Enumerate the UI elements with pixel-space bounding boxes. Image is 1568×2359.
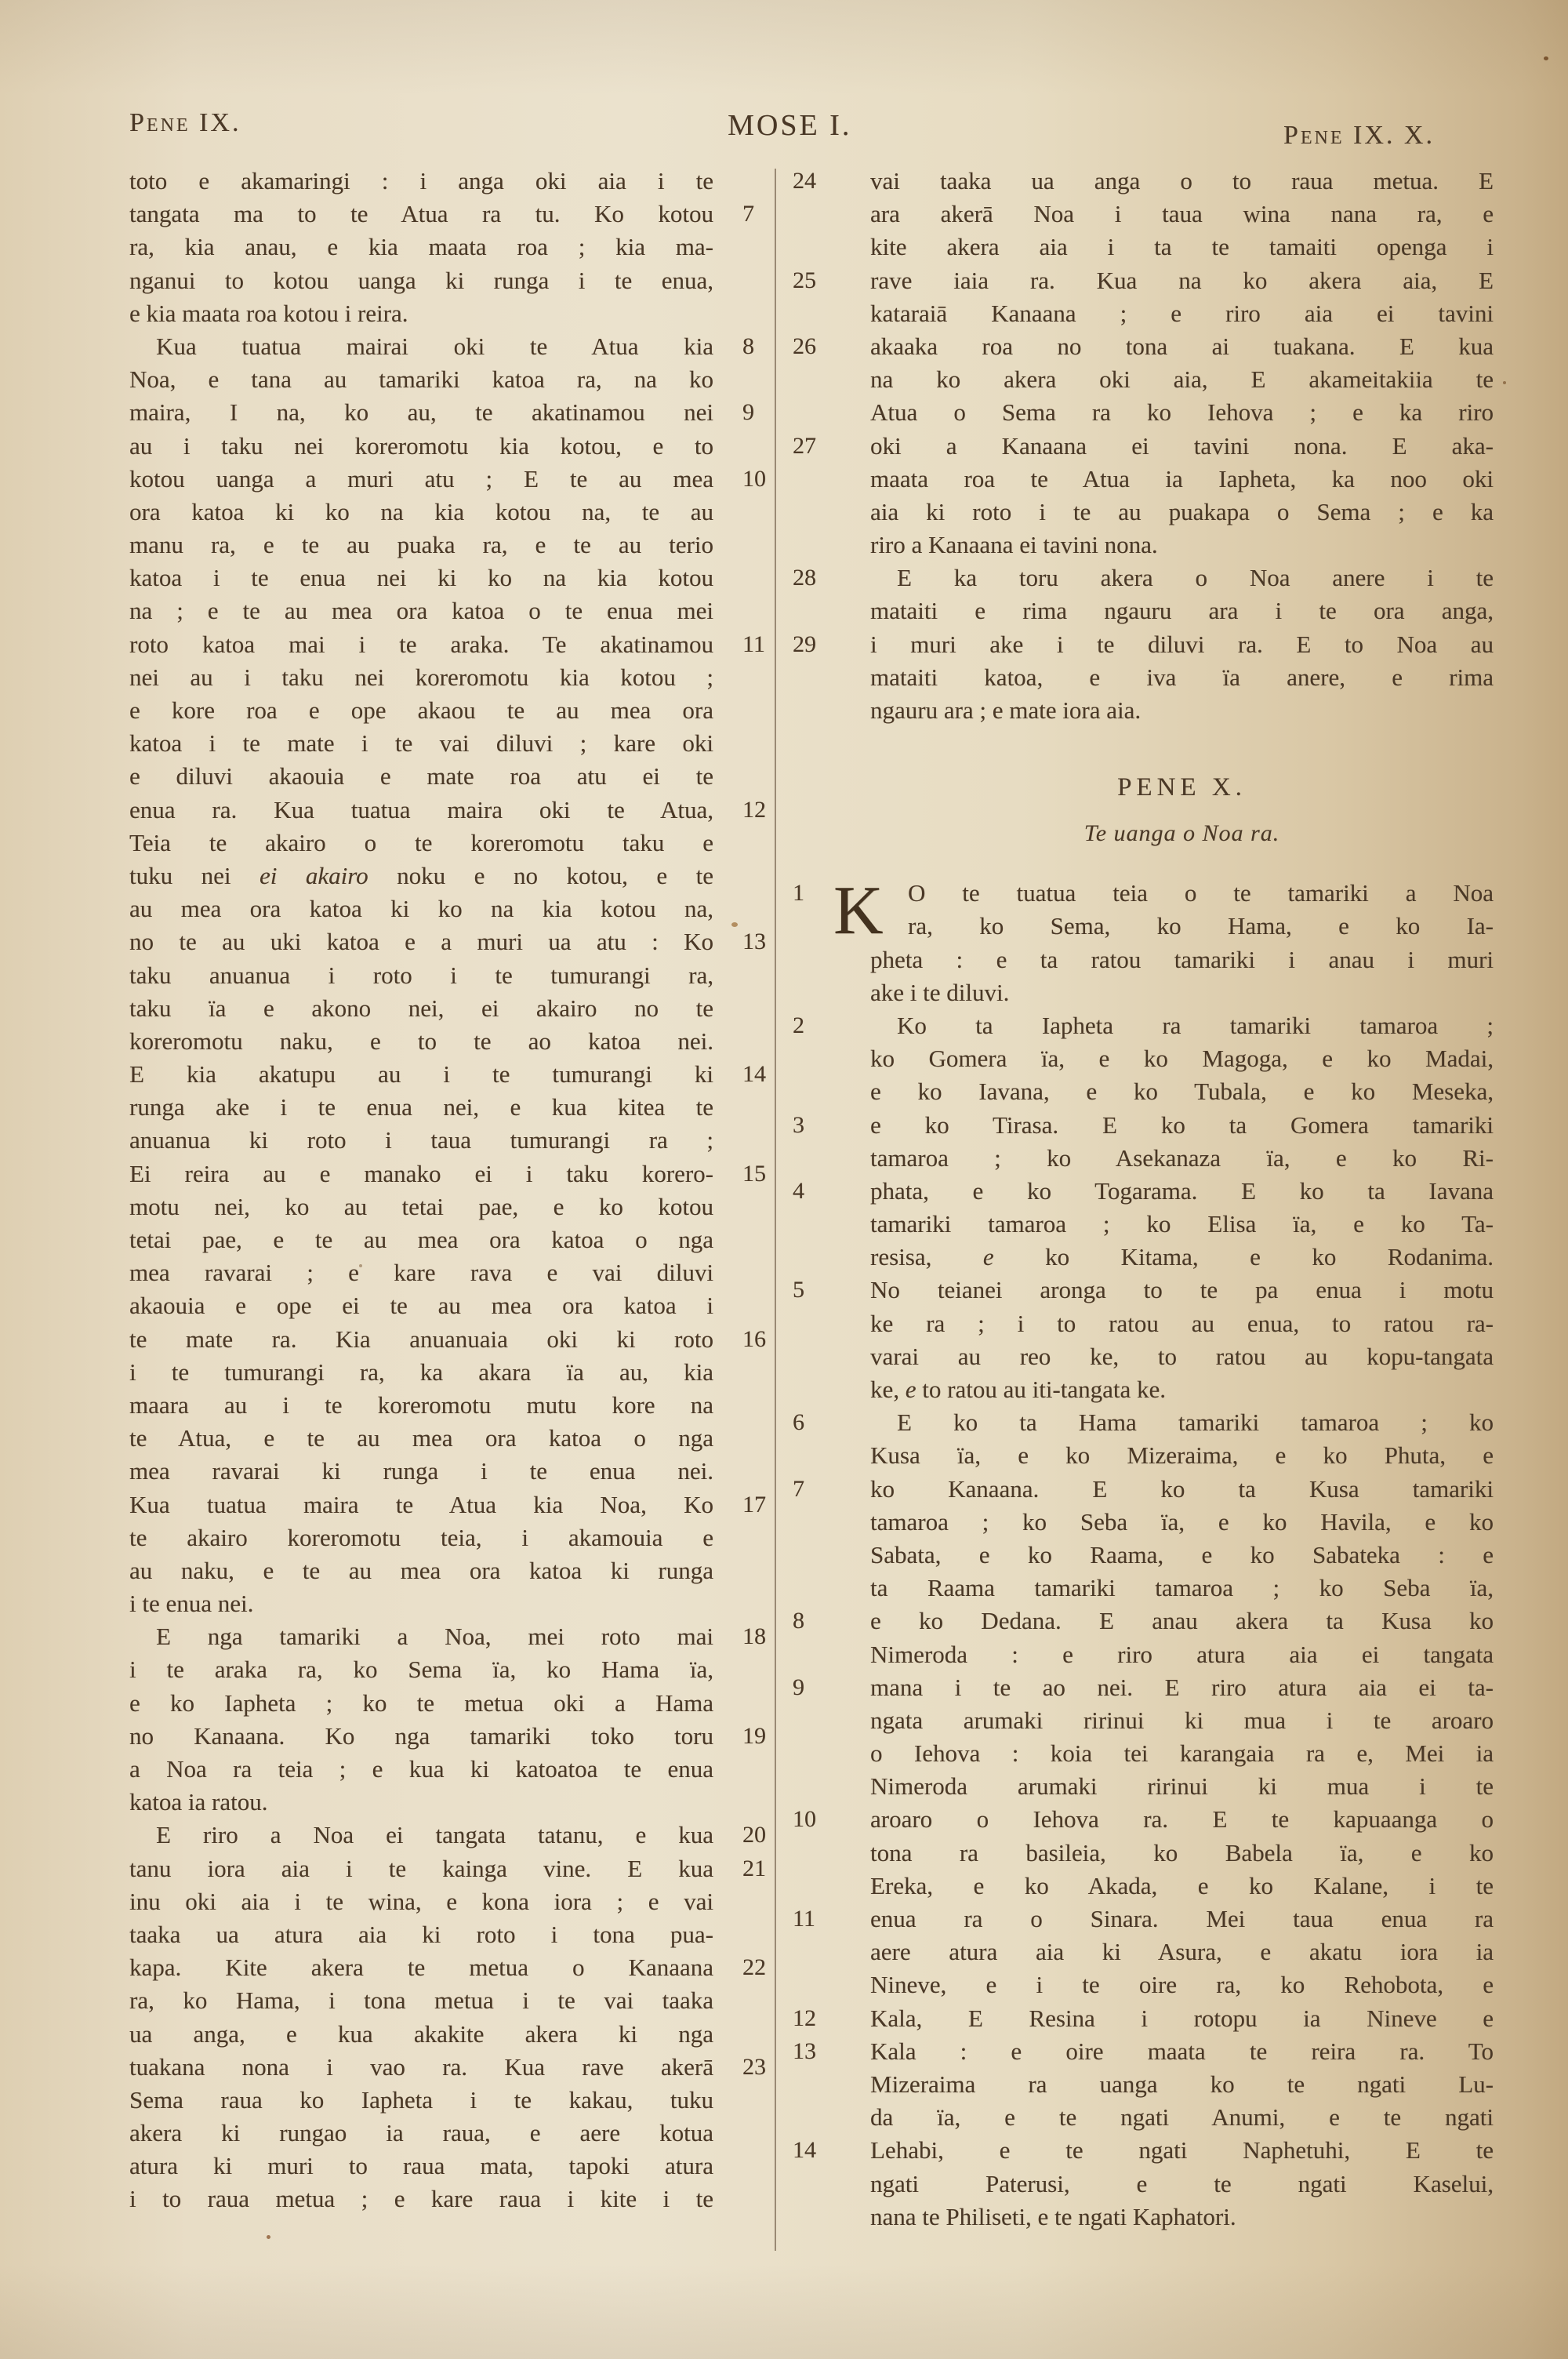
verse-text: katoa i te enua nei ki ko na kia kotou bbox=[129, 562, 713, 594]
verse-number: 29 bbox=[793, 628, 816, 661]
text-line: i te enua nei. bbox=[129, 1587, 804, 1620]
verse-text: manu ra, e te au puaka ra, e te au terio bbox=[129, 529, 713, 562]
text-line: mea ravarai ; e kare rava e vai diluvi bbox=[129, 1256, 804, 1289]
verse-text: Nimeroda : e riro atura aia ei tangata bbox=[870, 1638, 1494, 1671]
text-line: ngati Paterusi, e te ngati Kaselui, bbox=[788, 2168, 1494, 2201]
text-line: 18E nga tamariki a Noa, mei roto mai bbox=[129, 1620, 804, 1653]
left-text-column: toto e akamaringi : i anga oki aia i te7… bbox=[129, 165, 804, 2216]
verse-text: te Atua, e te au mea ora katoa o nga bbox=[129, 1422, 713, 1455]
verse-text: ra, ko Hama, i tona metua i te vai taaka bbox=[129, 1984, 713, 2017]
text-line: te Atua, e te au mea ora katoa o nga bbox=[129, 1422, 804, 1455]
pene-x-body: K 1O te tuatua teia o te tamariki a Noar… bbox=[788, 877, 1494, 2234]
verse-text: inu oki aia i te wina, e kona iora ; e v… bbox=[129, 1885, 713, 1918]
text-line: runga ake i te enua nei, e kua kitea te bbox=[129, 1091, 804, 1124]
text-line: 13no te au uki katoa e a muri ua atu : K… bbox=[129, 925, 804, 958]
text-line: ngata arumaki ririnui ki mua i te aroaro bbox=[788, 1704, 1494, 1737]
verse-text: Sabata, e ko Raama, e ko Sabateka : e bbox=[870, 1539, 1494, 1572]
verse-text: ngati Paterusi, e te ngati Kaselui, bbox=[870, 2168, 1494, 2201]
verse-text: maata roa te Atua ia Iapheta, ka noo oki bbox=[870, 463, 1494, 496]
verse-text: e ko Dedana. E anau akera ta Kusa ko bbox=[870, 1605, 1494, 1637]
verse-text: tamariki tamaroa ; ko Elisa ïa, e ko Ta- bbox=[870, 1208, 1494, 1241]
text-line: 9maira, I na, ko au, te akatinamou nei bbox=[129, 396, 804, 429]
text-line: 12enua ra. Kua tuatua maira oki te Atua, bbox=[129, 794, 804, 827]
text-line: akaouia e ope ei te au mea ora katoa i bbox=[129, 1289, 804, 1322]
verse-text: maara au i te koreromotu mutu kore na bbox=[129, 1389, 713, 1422]
text-line: au mea ora katoa ki ko na kia kotou na, bbox=[129, 892, 804, 925]
verse-text: kapa. Kite akera te metua o Kanaana bbox=[129, 1951, 713, 1984]
text-line: nana te Philiseti, e te ngati Kaphatori. bbox=[788, 2201, 1494, 2234]
text-line: Nineve, e i te oire ra, ko Rehobota, e bbox=[788, 1968, 1494, 2001]
verse-text: Kusa ïa, e ko Mizeraima, e ko Phuta, e bbox=[870, 1439, 1494, 1472]
verse-text: e ko Iapheta ; ko te metua oki a Hama bbox=[129, 1687, 713, 1720]
verse-text: katoa i te mate i te vai diluvi ; kare o… bbox=[129, 727, 713, 760]
verse-text: au mea ora katoa ki ko na kia kotou na, bbox=[129, 892, 713, 925]
verse-text: tangata ma to te Atua ra tu. Ko kotou bbox=[129, 198, 713, 231]
verse-number: 22 bbox=[742, 1951, 766, 1984]
verse-text: toto e akamaringi : i anga oki aia i te bbox=[129, 165, 713, 198]
paper-speck bbox=[1503, 381, 1506, 384]
chapter-heading: PENE X. bbox=[870, 770, 1494, 805]
verse-text: au i taku nei koreromotu kia kotou, e to bbox=[129, 430, 713, 463]
verse-text: ra, ko Sema, ko Hama, e ko Ia- bbox=[870, 910, 1494, 943]
verse-number: 7 bbox=[793, 1473, 804, 1506]
verse-text: ko Gomera ïa, e ko Magoga, e ko Madai, bbox=[870, 1042, 1494, 1075]
text-line: tamaroa ; ko Seba ïa, e ko Havila, e ko bbox=[788, 1506, 1494, 1539]
verse-text: mana i te ao nei. E riro atura aia ei ta… bbox=[870, 1671, 1494, 1704]
verse-number: 25 bbox=[793, 264, 816, 297]
text-line: tamaroa ; ko Asekanaza ïa, e ko Ri- bbox=[788, 1142, 1494, 1175]
verse-text: o Iehova : koia tei karangaia ra e, Mei … bbox=[870, 1737, 1494, 1770]
verse-text: Kala : e oire maata te reira ra. To bbox=[870, 2035, 1494, 2068]
verse-text: ko Kanaana. E ko ta Kusa tamariki bbox=[870, 1473, 1494, 1506]
right-text-column: 24vai taaka ua anga o to raua metua. Ear… bbox=[788, 165, 1494, 2234]
verse-number: 12 bbox=[793, 2002, 816, 2035]
book-page-scan: Pene IX. MOSE I. Pene IX. X. toto e akam… bbox=[0, 0, 1568, 2359]
text-line: au i taku nei koreromotu kia kotou, e to bbox=[129, 430, 804, 463]
verse-text: tamaroa ; ko Seba ïa, e ko Havila, e ko bbox=[870, 1506, 1494, 1539]
text-line: e ko Iapheta ; ko te metua oki a Hama bbox=[129, 1687, 804, 1720]
text-line: 3e ko Tirasa. E ko ta Gomera tamariki bbox=[788, 1109, 1494, 1142]
text-line: 4phata, e ko Togarama. E ko ta Iavana bbox=[788, 1175, 1494, 1208]
text-line: 21tanu iora aia i te kainga vine. E kua bbox=[129, 1852, 804, 1885]
text-line: kite akera aia i ta te tamaiti openga i bbox=[788, 231, 1494, 264]
paper-speck bbox=[267, 2235, 270, 2239]
verse-number: 23 bbox=[742, 2051, 766, 2084]
text-line: toto e akamaringi : i anga oki aia i te bbox=[129, 165, 804, 198]
text-line: pheta : e ta ratou tamariki i anau i mur… bbox=[788, 943, 1494, 976]
verse-text: mea ravarai ; e kare rava e vai diluvi bbox=[129, 1256, 713, 1289]
verse-text: rave iaia ra. Kua na ko akera aia, E bbox=[870, 264, 1494, 297]
text-line: katoa ia ratou. bbox=[129, 1786, 804, 1819]
verse-text: e ko Iavana, e ko Tubala, e ko Meseka, bbox=[870, 1075, 1494, 1108]
text-line: 26akaaka roa no tona ai tuakana. E kua bbox=[788, 330, 1494, 363]
text-line: aia ki roto i te au puakapa o Sema ; e k… bbox=[788, 496, 1494, 529]
verse-number: 13 bbox=[793, 2035, 816, 2068]
verse-text: i te tumurangi ra, ka akara ïa au, kia bbox=[129, 1356, 713, 1389]
verse-text: ngata arumaki ririnui ki mua i te aroaro bbox=[870, 1704, 1494, 1737]
text-line: Ereka, e ko Akada, e ko Kalane, i te bbox=[788, 1870, 1494, 1903]
chapter-subtitle: Te uanga o Noa ra. bbox=[870, 817, 1494, 850]
verse-number: 6 bbox=[793, 1406, 804, 1439]
verse-text: E kia akatupu au i te tumurangi ki bbox=[129, 1058, 713, 1091]
verse-text: tuku nei ei akairo noku e no kotou, e te bbox=[129, 860, 713, 892]
verse-text: ua anga, e kua akakite akera ki nga bbox=[129, 2018, 713, 2051]
text-line: 11enua ra o Sinara. Mei taua enua ra bbox=[788, 1903, 1494, 1936]
text-line: Mizeraima ra uanga ko te ngati Lu- bbox=[788, 2068, 1494, 2101]
verse-text: kotou uanga a muri atu ; E te au mea bbox=[129, 463, 713, 496]
text-line: 12Kala, E Resina i rotopu ia Nineve e bbox=[788, 2002, 1494, 2035]
verse-text: nei au i taku nei koreromotu kia kotou ; bbox=[129, 661, 713, 694]
text-line: 8e ko Dedana. E anau akera ta Kusa ko bbox=[788, 1605, 1494, 1637]
verse-text: na ; e te au mea ora katoa o te enua mei bbox=[129, 594, 713, 627]
italic-phrase: ei akairo bbox=[260, 862, 368, 889]
verse-number: 21 bbox=[742, 1852, 766, 1885]
verse-text: E ka toru akera o Noa anere i te bbox=[870, 562, 1494, 594]
verse-text: enua ra o Sinara. Mei taua enua ra bbox=[870, 1903, 1494, 1936]
text-line: mataiti e rima ngauru ara i te ora anga, bbox=[788, 594, 1494, 627]
verse-text: varai au reo ke, to ratou au kopu-tangat… bbox=[870, 1340, 1494, 1373]
text-line: taku ïa e akono nei, ei akairo no te bbox=[129, 992, 804, 1025]
verse-number: 16 bbox=[742, 1323, 766, 1356]
text-line: ra, ko Hama, i tona metua i te vai taaka bbox=[129, 1984, 804, 2017]
verse-text: Ei reira au e manako ei i taku korero- bbox=[129, 1158, 713, 1190]
verse-text: taaka ua atura aia ki roto i tona pua- bbox=[129, 1918, 713, 1951]
verse-text: akera ki rungao ia raua, e aere kotua bbox=[129, 2117, 713, 2150]
verse-text: a Noa ra teia ; e kua ki katoatoa te enu… bbox=[129, 1753, 713, 1786]
text-line: ra, kia anau, e kia maata roa ; kia ma- bbox=[129, 231, 804, 264]
text-line: 17Kua tuatua maira te Atua kia Noa, Ko bbox=[129, 1488, 804, 1521]
text-line: i te araka ra, ko Sema ïa, ko Hama ïa, bbox=[129, 1653, 804, 1686]
verse-text: Kala, E Resina i rotopu ia Nineve e bbox=[870, 2002, 1494, 2035]
verse-number: 5 bbox=[793, 1274, 804, 1307]
text-line: 9mana i te ao nei. E riro atura aia ei t… bbox=[788, 1671, 1494, 1704]
verse-text: au naku, e te au mea ora katoa ki runga bbox=[129, 1554, 713, 1587]
verse-text: mataiti katoa, e iva ïa anere, e rima bbox=[870, 661, 1494, 694]
verse-text: da ïa, e te ngati Anumi, e te ngati bbox=[870, 2101, 1494, 2134]
text-line: maara au i te koreromotu mutu kore na bbox=[129, 1389, 804, 1422]
verse-number: 15 bbox=[742, 1158, 766, 1190]
text-line: kataraiā Kanaana ; e riro aia ei tavini bbox=[788, 297, 1494, 330]
text-line: Nimeroda arumaki ririnui ki mua i te bbox=[788, 1770, 1494, 1803]
verse-text: i te araka ra, ko Sema ïa, ko Hama ïa, bbox=[129, 1653, 713, 1686]
text-line: resisa, e ko Kitama, e ko Rodanima. bbox=[788, 1241, 1494, 1274]
verse-number: 12 bbox=[742, 794, 766, 827]
verse-text: resisa, e ko Kitama, e ko Rodanima. bbox=[870, 1241, 1494, 1274]
text-line: ko Gomera ïa, e ko Magoga, e ko Madai, bbox=[788, 1042, 1494, 1075]
verse-text: ora katoa ki ko na kia kotou na, te au bbox=[129, 496, 713, 529]
verse-number: 10 bbox=[742, 463, 766, 496]
text-line: e ko Iavana, e ko Tubala, e ko Meseka, bbox=[788, 1075, 1494, 1108]
verse-number: 20 bbox=[742, 1819, 766, 1852]
verse-text: ra, kia anau, e kia maata roa ; kia ma- bbox=[129, 231, 713, 264]
italic-phrase: e bbox=[906, 1376, 916, 1403]
text-line: ke ra ; i to ratou au enua, to ratou ra- bbox=[788, 1307, 1494, 1340]
text-line: 16te mate ra. Kia anuanuaia oki ki roto bbox=[129, 1323, 804, 1356]
verse-text: roto katoa mai i te araka. Te akatinamou bbox=[129, 628, 713, 661]
verse-text: riro a Kanaana ei tavini nona. bbox=[870, 529, 1494, 562]
verse-text: na ko akera oki aia, E akameitakiia te bbox=[870, 363, 1494, 396]
verse-number: 2 bbox=[793, 1009, 804, 1042]
verse-text: anuanua ki roto i taua tumurangi ra ; bbox=[129, 1124, 713, 1157]
text-line: Sabata, e ko Raama, e ko Sabateka : e bbox=[788, 1539, 1494, 1572]
verse-text: Sema raua ko Iapheta i te kakau, tuku bbox=[129, 2084, 713, 2117]
text-line: 7tangata ma to te Atua ra tu. Ko kotou bbox=[129, 198, 804, 231]
verse-number: 9 bbox=[793, 1671, 804, 1704]
verse-number: 24 bbox=[793, 165, 816, 198]
pene-ix-continuation: 24vai taaka ua anga o to raua metua. Ear… bbox=[788, 165, 1494, 727]
verse-text: ake i te diluvi. bbox=[870, 976, 1494, 1009]
verse-text: atura ki muri to raua mata, tapoki atura bbox=[129, 2150, 713, 2183]
verse-number: 14 bbox=[793, 2134, 816, 2167]
text-line: 19no Kanaana. Ko nga tamariki toko toru bbox=[129, 1720, 804, 1753]
running-head-right: Pene IX. X. bbox=[1283, 121, 1435, 151]
text-line: 1O te tuatua teia o te tamariki a Noa bbox=[788, 877, 1494, 910]
verse-text: i muri ake i te diluvi ra. E to Noa au bbox=[870, 628, 1494, 661]
verse-text: Lehabi, e te ngati Naphetuhi, E te bbox=[870, 2134, 1494, 2167]
verse-text: i te enua nei. bbox=[129, 1587, 713, 1620]
paper-speck bbox=[1544, 56, 1548, 60]
text-line: 5No teianei aronga to te pa enua i motu bbox=[788, 1274, 1494, 1307]
text-line: Teia te akairo o te koreromotu taku e bbox=[129, 827, 804, 860]
text-line: te akairo koreromotu teia, i akamouia e bbox=[129, 1521, 804, 1554]
verse-text: te akairo koreromotu teia, i akamouia e bbox=[129, 1521, 713, 1554]
text-line: 8Kua tuatua mairai oki te Atua kia bbox=[129, 330, 804, 363]
verse-number: 11 bbox=[793, 1903, 815, 1936]
verse-text: tuakana nona i vao ra. Kua rave akerā bbox=[129, 2051, 713, 2084]
verse-text: tona ra basileia, ko Babela ïa, e ko bbox=[870, 1837, 1494, 1870]
text-line: tona ra basileia, ko Babela ïa, e ko bbox=[788, 1837, 1494, 1870]
text-line: ke, e to ratou au iti-tangata ke. bbox=[788, 1373, 1494, 1406]
verse-number: 9 bbox=[742, 396, 754, 429]
text-line: 15Ei reira au e manako ei i taku korero- bbox=[129, 1158, 804, 1190]
verse-text: no te au uki katoa e a muri ua atu : Ko bbox=[129, 925, 713, 958]
verse-text: taku anuanua i roto i te tumurangi ra, bbox=[129, 959, 713, 992]
text-line: taku anuanua i roto i te tumurangi ra, bbox=[129, 959, 804, 992]
verse-text: e kore roa e ope akaou te au mea ora bbox=[129, 694, 713, 727]
verse-text: kite akera aia i ta te tamaiti openga i bbox=[870, 231, 1494, 264]
text-line: tetai pae, e te au mea ora katoa o nga bbox=[129, 1223, 804, 1256]
verse-text: Nineve, e i te oire ra, ko Rehobota, e bbox=[870, 1968, 1494, 2001]
text-line: riro a Kanaana ei tavini nona. bbox=[788, 529, 1494, 562]
text-line: mea ravarai ki runga i te enua nei. bbox=[129, 1455, 804, 1488]
text-line: na ko akera oki aia, E akameitakiia te bbox=[788, 363, 1494, 396]
verse-text: maira, I na, ko au, te akatinamou nei bbox=[129, 396, 713, 429]
verse-number: 14 bbox=[742, 1058, 766, 1091]
text-line: tuku nei ei akairo noku e no kotou, e te bbox=[129, 860, 804, 892]
text-line: tamariki tamaroa ; ko Elisa ïa, e ko Ta- bbox=[788, 1208, 1494, 1241]
text-line: maata roa te Atua ia Iapheta, ka noo oki bbox=[788, 463, 1494, 496]
verse-text: Mizeraima ra uanga ko te ngati Lu- bbox=[870, 2068, 1494, 2101]
text-line: manu ra, e te au puaka ra, e te au terio bbox=[129, 529, 804, 562]
verse-text: mataiti e rima ngauru ara i te ora anga, bbox=[870, 594, 1494, 627]
verse-text: katoa ia ratou. bbox=[129, 1786, 713, 1819]
verse-text: O te tuatua teia o te tamariki a Noa bbox=[870, 877, 1494, 910]
text-line: Sema raua ko Iapheta i te kakau, tuku bbox=[129, 2084, 804, 2117]
verse-text: pheta : e ta ratou tamariki i anau i mur… bbox=[870, 943, 1494, 976]
verse-text: no Kanaana. Ko nga tamariki toko toru bbox=[129, 1720, 713, 1753]
verse-text: ke ra ; i to ratou au enua, to ratou ra- bbox=[870, 1307, 1494, 1340]
verse-number: 1 bbox=[793, 877, 804, 910]
verse-text: e ko Tirasa. E ko ta Gomera tamariki bbox=[870, 1109, 1494, 1142]
text-line: 27oki a Kanaana ei tavini nona. E aka- bbox=[788, 430, 1494, 463]
verse-text: e kia maata roa kotou i reira. bbox=[129, 297, 713, 330]
text-line: e kore roa e ope akaou te au mea ora bbox=[129, 694, 804, 727]
text-line: koreromotu naku, e to te ao katoa nei. bbox=[129, 1025, 804, 1058]
paper-speck bbox=[359, 1264, 362, 1267]
verse-number: 11 bbox=[742, 628, 765, 661]
text-line: 25rave iaia ra. Kua na ko akera aia, E bbox=[788, 264, 1494, 297]
verse-number: 26 bbox=[793, 330, 816, 363]
text-line: ara akerā Noa i taua wina nana ra, e bbox=[788, 198, 1494, 231]
text-line: nei au i taku nei koreromotu kia kotou ; bbox=[129, 661, 804, 694]
text-line: 24vai taaka ua anga o to raua metua. E bbox=[788, 165, 1494, 198]
verse-text: enua ra. Kua tuatua maira oki te Atua, bbox=[129, 794, 713, 827]
text-line: katoa i te enua nei ki ko na kia kotou bbox=[129, 562, 804, 594]
text-line: Nimeroda : e riro atura aia ei tangata bbox=[788, 1638, 1494, 1671]
verse-number: 7 bbox=[742, 198, 754, 231]
text-line: 10aroaro o Iehova ra. E te kapuaanga o bbox=[788, 1803, 1494, 1836]
verse-number: 18 bbox=[742, 1620, 766, 1653]
verse-number: 10 bbox=[793, 1803, 816, 1836]
verse-text: E riro a Noa ei tangata tatanu, e kua bbox=[129, 1819, 713, 1852]
verse-number: 17 bbox=[742, 1488, 766, 1521]
text-line: inu oki aia i te wina, e kona iora ; e v… bbox=[129, 1885, 804, 1918]
verse-text: aia ki roto i te au puakapa o Sema ; e k… bbox=[870, 496, 1494, 529]
verse-text: e diluvi akaouia e mate roa atu ei te bbox=[129, 760, 713, 793]
text-line: i to raua metua ; e kare raua i kite i t… bbox=[129, 2183, 804, 2215]
verse-text: mea ravarai ki runga i te enua nei. bbox=[129, 1455, 713, 1488]
verse-text: tanu iora aia i te kainga vine. E kua bbox=[129, 1852, 713, 1885]
verse-text: i to raua metua ; e kare raua i kite i t… bbox=[129, 2183, 713, 2215]
text-line: 7ko Kanaana. E ko ta Kusa tamariki bbox=[788, 1473, 1494, 1506]
verse-text: ara akerā Noa i taua wina nana ra, e bbox=[870, 198, 1494, 231]
text-line: ua anga, e kua akakite akera ki nga bbox=[129, 2018, 804, 2051]
verse-text: te mate ra. Kia anuanuaia oki ki roto bbox=[129, 1323, 713, 1356]
text-line: 20E riro a Noa ei tangata tatanu, e kua bbox=[129, 1819, 804, 1852]
text-line: o Iehova : koia tei karangaia ra e, Mei … bbox=[788, 1737, 1494, 1770]
verse-number: 28 bbox=[793, 562, 816, 594]
verse-text: No teianei aronga to te pa enua i motu bbox=[870, 1274, 1494, 1307]
text-line: ngauru ara ; e mate iora aia. bbox=[788, 694, 1494, 727]
verse-number: 3 bbox=[793, 1109, 804, 1142]
text-line: Kusa ïa, e ko Mizeraima, e ko Phuta, e bbox=[788, 1439, 1494, 1472]
text-line: anuanua ki roto i taua tumurangi ra ; bbox=[129, 1124, 804, 1157]
verse-text: taku ïa e akono nei, ei akairo no te bbox=[129, 992, 713, 1025]
verse-text: nganui to kotou uanga ki runga i te enua… bbox=[129, 264, 713, 297]
verse-number: 8 bbox=[793, 1605, 804, 1637]
verse-text: Kua tuatua mairai oki te Atua kia bbox=[129, 330, 713, 363]
text-line: 29i muri ake i te diluvi ra. E to Noa au bbox=[788, 628, 1494, 661]
verse-number: 13 bbox=[742, 925, 766, 958]
verse-text: motu nei, ko au tetai pae, e ko kotou bbox=[129, 1190, 713, 1223]
verse-text: Noa, e tana au tamariki katoa ra, na ko bbox=[129, 363, 713, 396]
verse-text: tetai pae, e te au mea ora katoa o nga bbox=[129, 1223, 713, 1256]
text-line: mataiti katoa, e iva ïa anere, e rima bbox=[788, 661, 1494, 694]
paper-speck bbox=[731, 922, 738, 927]
verse-text: tamaroa ; ko Asekanaza ïa, e ko Ri- bbox=[870, 1142, 1494, 1175]
verse-number: 4 bbox=[793, 1175, 804, 1208]
text-line: 2Ko ta Iapheta ra tamariki tamaroa ; bbox=[788, 1009, 1494, 1042]
text-line: i te tumurangi ra, ka akara ïa au, kia bbox=[129, 1356, 804, 1389]
verse-text: akaaka roa no tona ai tuakana. E kua bbox=[870, 330, 1494, 363]
text-line: ra, ko Sema, ko Hama, e ko Ia- bbox=[788, 910, 1494, 943]
text-line: na ; e te au mea ora katoa o te enua mei bbox=[129, 594, 804, 627]
text-line: a Noa ra teia ; e kua ki katoatoa te enu… bbox=[129, 1753, 804, 1786]
text-line: 28E ka toru akera o Noa anere i te bbox=[788, 562, 1494, 594]
text-line: 6E ko ta Hama tamariki tamaroa ; ko bbox=[788, 1406, 1494, 1439]
text-line: 11roto katoa mai i te araka. Te akatinam… bbox=[129, 628, 804, 661]
text-line: e diluvi akaouia e mate roa atu ei te bbox=[129, 760, 804, 793]
text-line: taaka ua atura aia ki roto i tona pua- bbox=[129, 1918, 804, 1951]
text-line: motu nei, ko au tetai pae, e ko kotou bbox=[129, 1190, 804, 1223]
verse-text: runga ake i te enua nei, e kua kitea te bbox=[129, 1091, 713, 1124]
text-line: 14E kia akatupu au i te tumurangi ki bbox=[129, 1058, 804, 1091]
text-line: 14Lehabi, e te ngati Naphetuhi, E te bbox=[788, 2134, 1494, 2167]
text-line: Noa, e tana au tamariki katoa ra, na ko bbox=[129, 363, 804, 396]
verse-text: oki a Kanaana ei tavini nona. E aka- bbox=[870, 430, 1494, 463]
text-line: varai au reo ke, to ratou au kopu-tangat… bbox=[788, 1340, 1494, 1373]
text-line: ta Raama tamariki tamaroa ; ko Seba ïa, bbox=[788, 1572, 1494, 1605]
verse-number: 8 bbox=[742, 330, 754, 363]
verse-text: akaouia e ope ei te au mea ora katoa i bbox=[129, 1289, 713, 1322]
text-line: e kia maata roa kotou i reira. bbox=[129, 297, 804, 330]
verse-text: phata, e ko Togarama. E ko ta Iavana bbox=[870, 1175, 1494, 1208]
verse-text: Nimeroda arumaki ririnui ki mua i te bbox=[870, 1770, 1494, 1803]
verse-text: nana te Philiseti, e te ngati Kaphatori. bbox=[870, 2201, 1494, 2234]
text-line: aere atura aia ki Asura, e akatu iora ia bbox=[788, 1936, 1494, 1968]
italic-phrase: e bbox=[983, 1243, 994, 1270]
verse-text: Ereka, e ko Akada, e ko Kalane, i te bbox=[870, 1870, 1494, 1903]
text-line: 23tuakana nona i vao ra. Kua rave akerā bbox=[129, 2051, 804, 2084]
text-line: nganui to kotou uanga ki runga i te enua… bbox=[129, 264, 804, 297]
verse-text: koreromotu naku, e to te ao katoa nei. bbox=[129, 1025, 713, 1058]
verse-text: Ko ta Iapheta ra tamariki tamaroa ; bbox=[870, 1009, 1494, 1042]
text-line: 22kapa. Kite akera te metua o Kanaana bbox=[129, 1951, 804, 1984]
text-line: au naku, e te au mea ora katoa ki runga bbox=[129, 1554, 804, 1587]
running-head-title: MOSE I. bbox=[728, 108, 851, 143]
text-line: ake i te diluvi. bbox=[788, 976, 1494, 1009]
verse-text: ngauru ara ; e mate iora aia. bbox=[870, 694, 1494, 727]
verse-text: vai taaka ua anga o to raua metua. E bbox=[870, 165, 1494, 198]
verse-text: E ko ta Hama tamariki tamaroa ; ko bbox=[870, 1406, 1494, 1439]
verse-text: aere atura aia ki Asura, e akatu iora ia bbox=[870, 1936, 1494, 1968]
text-line: akera ki rungao ia raua, e aere kotua bbox=[129, 2117, 804, 2150]
running-head-left: Pene IX. bbox=[129, 108, 241, 138]
verse-text: Kua tuatua maira te Atua kia Noa, Ko bbox=[129, 1488, 713, 1521]
page-header: Pene IX. MOSE I. Pene IX. X. bbox=[129, 108, 1435, 143]
verse-text: Teia te akairo o te koreromotu taku e bbox=[129, 827, 713, 860]
text-line: ora katoa ki ko na kia kotou na, te au bbox=[129, 496, 804, 529]
text-line: 13Kala : e oire maata te reira ra. To bbox=[788, 2035, 1494, 2068]
verse-text: E nga tamariki a Noa, mei roto mai bbox=[129, 1620, 713, 1653]
text-line: 10kotou uanga a muri atu ; E te au mea bbox=[129, 463, 804, 496]
text-line: katoa i te mate i te vai diluvi ; kare o… bbox=[129, 727, 804, 760]
verse-text: aroaro o Iehova ra. E te kapuaanga o bbox=[870, 1803, 1494, 1836]
text-line: atura ki muri to raua mata, tapoki atura bbox=[129, 2150, 804, 2183]
verse-text: ke, e to ratou au iti-tangata ke. bbox=[870, 1373, 1494, 1406]
verse-text: kataraiā Kanaana ; e riro aia ei tavini bbox=[870, 297, 1494, 330]
verse-text: ta Raama tamariki tamaroa ; ko Seba ïa, bbox=[870, 1572, 1494, 1605]
verse-number: 19 bbox=[742, 1720, 766, 1753]
text-line: da ïa, e te ngati Anumi, e te ngati bbox=[788, 2101, 1494, 2134]
verse-text: Atua o Sema ra ko Iehova ; e ka riro bbox=[870, 396, 1494, 429]
verse-number: 27 bbox=[793, 430, 816, 463]
text-line: Atua o Sema ra ko Iehova ; e ka riro bbox=[788, 396, 1494, 429]
